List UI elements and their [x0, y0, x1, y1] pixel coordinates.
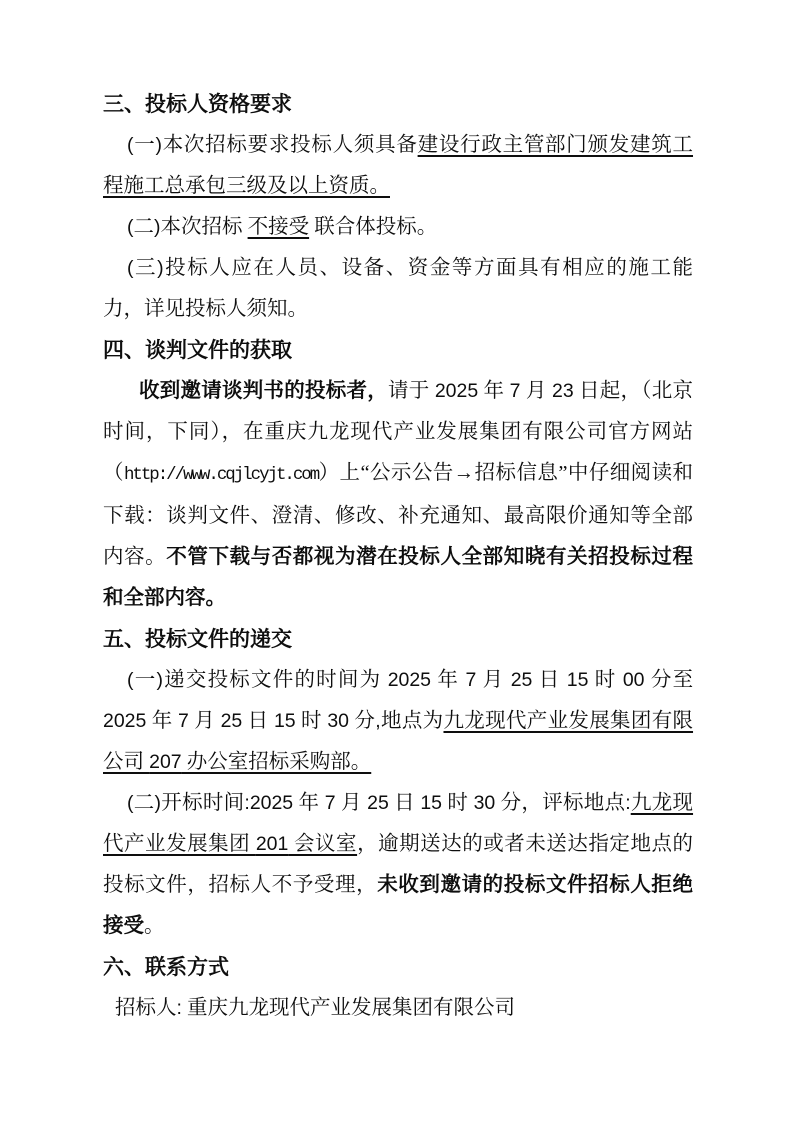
heading-section-5: 五、投标文件的递交 — [103, 619, 693, 660]
heading-section-6: 六、联系方式 — [103, 947, 693, 988]
section-obtain-documents: 四、谈判文件的获取 收到邀请谈判书的投标者，请于 2025 年 7 月 23 日… — [103, 330, 693, 619]
text-run: (二)开标时间:2025 年 7 月 25 日 15 时 30 分，评标地点: — [127, 792, 631, 814]
text-run: (一)本次招标要求投标人须具备 — [127, 134, 418, 156]
text-run-underlined: 不接受 — [248, 216, 310, 238]
website-url-text: http://www.cqjlcyjt.com — [124, 465, 318, 485]
para-obtain-documents: 收到邀请谈判书的投标者，请于 2025 年 7 月 23 日起，（北京时间，下同… — [103, 371, 693, 619]
section-bid-submission: 五、投标文件的递交 (一)递交投标文件的时间为 2025 年 7 月 25 日 … — [103, 619, 693, 947]
para-joint-bid: (二)本次招标 不接受 联合体投标。 — [103, 207, 693, 248]
para-capability: (三)投标人应在人员、设备、资金等方面具有相应的施工能力，详见投标人须知。 — [103, 248, 693, 330]
document-page: 三、投标人资格要求 (一)本次招标要求投标人须具备建设行政主管部门颁发建筑工程施… — [0, 0, 793, 1122]
para-opening-time: (二)开标时间:2025 年 7 月 25 日 15 时 30 分，评标地点:九… — [103, 783, 693, 947]
para-submission-time: (一)递交投标文件的时间为 2025 年 7 月 25 日 15 时 00 分至… — [103, 660, 693, 783]
section-bidder-qualification: 三、投标人资格要求 (一)本次招标要求投标人须具备建设行政主管部门颁发建筑工程施… — [103, 84, 693, 330]
text-run: 招标人: 重庆九龙现代产业发展集团有限公司 — [115, 997, 515, 1019]
text-run-bold: 不管下载与否都视为潜在投标人全部知晓有关招投标过程和全部内容。 — [103, 546, 693, 609]
text-run: 。 — [144, 915, 165, 937]
text-run: (二)本次招标 — [127, 216, 248, 238]
para-qualification-requirement: (一)本次招标要求投标人须具备建设行政主管部门颁发建筑工程施工总承包三级及以上资… — [103, 125, 693, 207]
para-contact-tenderer: 招标人: 重庆九龙现代产业发展集团有限公司 — [103, 988, 693, 1029]
text-run: 联合体投标。 — [309, 216, 437, 238]
heading-section-3: 三、投标人资格要求 — [103, 84, 693, 125]
heading-section-4: 四、谈判文件的获取 — [103, 330, 693, 371]
text-run: (三)投标人应在人员、设备、资金等方面具有相应的施工能力，详见投标人须知。 — [103, 257, 693, 320]
section-contact: 六、联系方式 招标人: 重庆九龙现代产业发展集团有限公司 — [103, 947, 693, 1029]
text-run-bold: 收到邀请谈判书的投标者， — [139, 380, 388, 402]
